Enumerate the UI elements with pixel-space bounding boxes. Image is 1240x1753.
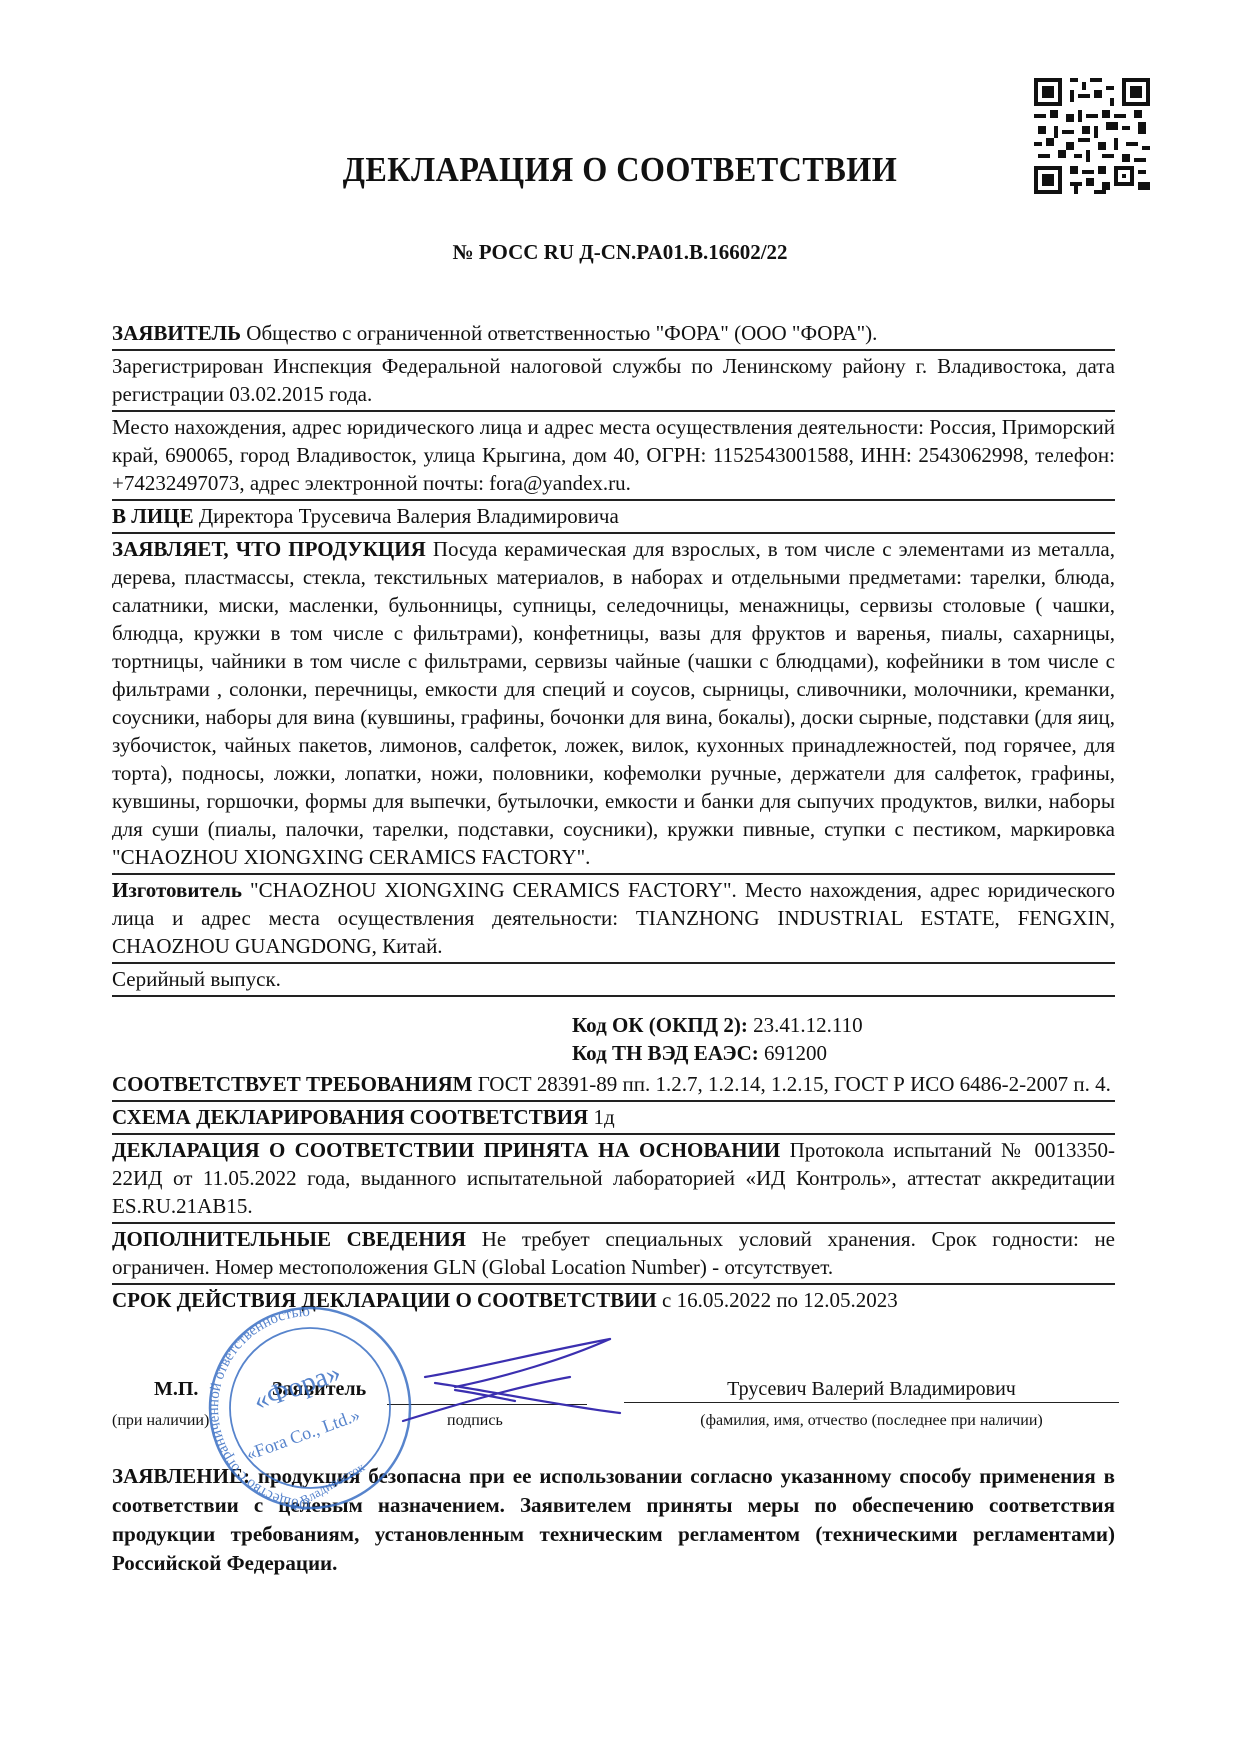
represented-by-section: В ЛИЦЕ Директора Трусевича Валерия Влади… (112, 501, 1115, 534)
signature-sublabel: подпись (447, 1412, 503, 1430)
requirements-label: СООТВЕТСТВУЕТ ТРЕБОВАНИЯМ (112, 1072, 472, 1096)
requirements-section: СООТВЕТСТВУЕТ ТРЕБОВАНИЯМ ГОСТ 28391-89 … (112, 1069, 1115, 1102)
scheme-value: 1д (588, 1105, 614, 1129)
qr-code-icon (1034, 78, 1150, 194)
seal-label: М.П. (154, 1378, 198, 1401)
declaration-page: ДЕКЛАРАЦИЯ О СООТВЕТСТВИИ № РОСС RU Д-CN… (0, 0, 1240, 1753)
document-title: ДЕКЛАРАЦИЯ О СООТВЕТСТВИИ (50, 150, 1191, 190)
production-section: Серийный выпуск. (112, 964, 1115, 997)
tnved-value: 691200 (759, 1041, 827, 1065)
represented-by-value: Директора Трусевича Валерия Владимирович… (199, 504, 619, 528)
statement-label: ЗАЯВЛЕНИЕ: (112, 1464, 250, 1488)
okpd-value: 23.41.12.110 (748, 1013, 863, 1037)
tnved-code: Код ТН ВЭД ЕАЭС: 691200 (572, 1039, 1115, 1067)
product-section: ЗАЯВЛЯЕТ, ЧТО ПРОДУКЦИЯ Посуда керамичес… (112, 534, 1115, 875)
production-type: Серийный выпуск. (112, 967, 281, 991)
scheme-label: СХЕМА ДЕКЛАРИРОВАНИЯ СООТВЕТСТВИЯ (112, 1105, 588, 1129)
signatory-name: Трусевич Валерий Владимирович (624, 1378, 1119, 1403)
address-section: Место нахождения, адрес юридического лиц… (112, 412, 1115, 501)
address-text: Место нахождения, адрес юридического лиц… (112, 415, 1115, 495)
validity-value: с 16.05.2022 по 12.05.2023 (657, 1288, 898, 1312)
statement-value: продукция безопасна при ее использовании… (112, 1464, 1115, 1575)
signature-line (387, 1404, 587, 1405)
signature-block: М.П. (при наличии) Заявитель подпись Тру… (112, 1378, 1115, 1448)
basis-label: ДЕКЛАРАЦИЯ О СООТВЕТСТВИИ ПРИНЯТА НА ОСН… (112, 1138, 780, 1162)
additional-info-section: ДОПОЛНИТЕЛЬНЫЕ СВЕДЕНИЯ Не требует специ… (112, 1224, 1115, 1285)
additional-info-label: ДОПОЛНИТЕЛЬНЫЕ СВЕДЕНИЯ (112, 1227, 466, 1251)
tnved-label: Код ТН ВЭД ЕАЭС: (572, 1041, 759, 1065)
okpd-code: Код ОК (ОКПД 2): 23.41.12.110 (572, 1011, 1115, 1039)
seal-sublabel: (при наличии) (112, 1412, 209, 1430)
applicant-value: Общество с ограниченной ответственностью… (246, 321, 877, 345)
requirements-value: ГОСТ 28391-89 пп. 1.2.7, 1.2.14, 1.2.15,… (472, 1072, 1110, 1096)
scheme-section: СХЕМА ДЕКЛАРИРОВАНИЯ СООТВЕТСТВИЯ 1д (112, 1102, 1115, 1135)
signatory-name-sublabel: (фамилия, имя, отчество (последнее при н… (624, 1412, 1119, 1430)
codes-section: Код ОК (ОКПД 2): 23.41.12.110 Код ТН ВЭД… (112, 997, 1115, 1069)
manufacturer-label: Изготовитель (112, 878, 242, 902)
registration-text: Зарегистрирован Инспекция Федеральной на… (112, 354, 1115, 406)
statement-section: ЗАЯВЛЕНИЕ: продукция безопасна при ее ис… (112, 1462, 1115, 1578)
basis-section: ДЕКЛАРАЦИЯ О СООТВЕТСТВИИ ПРИНЯТА НА ОСН… (112, 1135, 1115, 1224)
manufacturer-section: Изготовитель "CHAOZHOU XIONGXING CERAMIC… (112, 875, 1115, 964)
product-label: ЗАЯВЛЯЕТ, ЧТО ПРОДУКЦИЯ (112, 537, 426, 561)
validity-section: СРОК ДЕЙСТВИЯ ДЕКЛАРАЦИИ О СООТВЕТСТВИИ … (112, 1285, 1115, 1316)
applicant-label: ЗАЯВИТЕЛЬ (112, 321, 241, 345)
applicant-sign-label: Заявитель (272, 1378, 366, 1401)
product-value: Посуда керамическая для взрослых, в том … (112, 537, 1115, 869)
declaration-number: № РОСС RU Д-CN.PA01.B.16602/22 (0, 240, 1240, 265)
applicant-section: ЗАЯВИТЕЛЬ Общество с ограниченной ответс… (112, 318, 1115, 351)
okpd-label: Код ОК (ОКПД 2): (572, 1013, 748, 1037)
validity-label: СРОК ДЕЙСТВИЯ ДЕКЛАРАЦИИ О СООТВЕТСТВИИ (112, 1288, 657, 1312)
represented-by-label: В ЛИЦЕ (112, 504, 194, 528)
manufacturer-value: "CHAOZHOU XIONGXING CERAMICS FACTORY". М… (112, 878, 1115, 958)
declaration-body: ЗАЯВИТЕЛЬ Общество с ограниченной ответс… (112, 318, 1115, 1316)
registration-section: Зарегистрирован Инспекция Федеральной на… (112, 351, 1115, 412)
